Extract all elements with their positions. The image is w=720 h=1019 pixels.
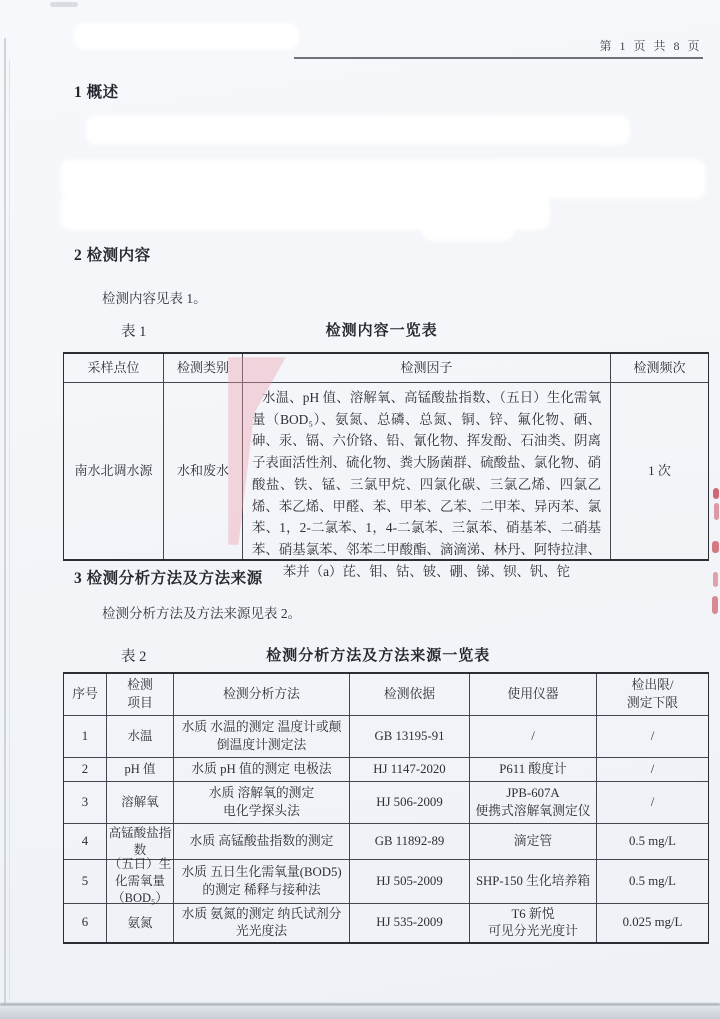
item-cell: （五日）生 化需氧量 （BOD₅）: [107, 860, 174, 904]
table1-caption-label: 表 1: [121, 320, 146, 341]
section-3-heading: 3 检测分析方法及方法来源: [74, 566, 263, 588]
sampling-point-cell: 南水北调水源: [64, 383, 164, 559]
limit-cell: /: [597, 782, 708, 824]
test-content-table: 采样点位 检测类别 检测因子 检测频次 南水北调水源 水和废水 水温、pH 值、…: [63, 352, 709, 561]
basis-cell: HJ 535-2009: [350, 904, 470, 942]
stamp-fragment: [712, 596, 718, 614]
column-header-basis: 检测依据: [350, 674, 470, 716]
factors-cell: 水温、pH 值、溶解氧、高锰酸盐指数、（五日）生化需氧量（BOD₅）、氨氮、总磷…: [243, 383, 611, 559]
methods-table: 序号 检测 项目 检测分析方法 检测依据 使用仪器 检出限/ 测定下限 1 水温…: [63, 672, 709, 944]
table1-caption: 表 1 检测内容一览表: [63, 318, 707, 340]
stamp-fragment: [714, 503, 719, 520]
row-no-cell: 6: [64, 904, 107, 942]
limit-cell: 0.5 mg/L: [597, 860, 708, 904]
item-cell: 高锰酸盐指 数: [107, 824, 174, 860]
limit-cell: /: [597, 758, 708, 782]
section-3-intro: 检测分析方法及方法来源见表 2。: [102, 602, 301, 622]
instrument-cell: P611 酸度计: [470, 758, 597, 782]
stamp-fragment: [713, 488, 719, 499]
scan-edge-line: [4, 38, 6, 1004]
limit-cell: 0.5 mg/L: [597, 824, 708, 860]
limit-cell: 0.025 mg/L: [597, 904, 708, 942]
instrument-cell: SHP-150 生化培养箱: [470, 860, 597, 904]
item-cell: 水温: [107, 716, 174, 758]
instrument-cell: 滴定管: [470, 824, 597, 860]
frequency-cell: 1 次: [611, 383, 708, 559]
header-rule: [294, 57, 703, 59]
method-cell: 水质 水温的测定 温度计或颠 倒温度计测定法: [174, 716, 350, 758]
item-cell: 氨氮: [107, 904, 174, 942]
page-indicator: 第 1 页 共 8 页: [599, 37, 702, 54]
row-no-cell: 5: [64, 860, 107, 904]
section-2-heading: 2 检测内容: [74, 243, 151, 265]
instrument-cell: T6 新悦 可见分光光度计: [470, 904, 597, 942]
item-cell: 溶解氧: [107, 782, 174, 824]
column-header-item: 检测 项目: [107, 674, 174, 716]
method-cell: 水质 五日生化需氧量(BOD5) 的测定 稀释与接种法: [174, 860, 350, 904]
basis-cell: HJ 506-2009: [350, 782, 470, 824]
item-cell: pH 值: [107, 758, 174, 782]
table2-caption-label: 表 2: [121, 645, 146, 666]
row-no-cell: 4: [64, 824, 107, 860]
redaction-bar-paragraph: [424, 224, 512, 239]
table2-caption: 表 2 检测分析方法及方法来源一览表: [63, 643, 707, 665]
table2-caption-title: 检测分析方法及方法来源一览表: [266, 644, 490, 665]
method-cell: 水质 氨氮的测定 纳氏试剂分 光光度法: [174, 904, 350, 942]
basis-cell: HJ 505-2009: [350, 860, 470, 904]
basis-cell: HJ 1147-2020: [350, 758, 470, 782]
redaction-bar-letterhead: [75, 25, 297, 48]
method-cell: 水质 pH 值的测定 电极法: [174, 758, 350, 782]
section-1-heading: 1 概述: [74, 80, 119, 102]
column-header-instrument: 使用仪器: [470, 674, 597, 716]
scan-bottom-shadow: [0, 1006, 720, 1019]
redaction-bar-paragraph: [62, 161, 704, 197]
row-no-cell: 2: [64, 758, 107, 782]
scan-edge-line: [9, 60, 10, 1000]
stamp-fragment: [712, 541, 719, 553]
row-no-cell: 1: [64, 716, 107, 758]
column-header-sampling-point: 采样点位: [64, 354, 164, 383]
column-header-no: 序号: [64, 674, 107, 716]
document-page: 第 1 页 共 8 页 1 概述 2 检测内容 检测内容见表 1。 表 1 检测…: [0, 0, 720, 1019]
column-header-method: 检测分析方法: [174, 674, 350, 716]
table1-caption-title: 检测内容一览表: [326, 319, 438, 340]
instrument-cell: /: [470, 716, 597, 758]
row-no-cell: 3: [64, 782, 107, 824]
instrument-cell: JPB-607A 便携式溶解氧测定仪: [470, 782, 597, 824]
stamp-fragment: [713, 572, 718, 587]
basis-cell: GB 13195-91: [350, 716, 470, 758]
column-header-factors: 检测因子: [243, 354, 611, 383]
basis-cell: GB 11892-89: [350, 824, 470, 860]
column-header-limit: 检出限/ 测定下限: [597, 674, 708, 716]
method-cell: 水质 溶解氧的测定 电化学探头法: [174, 782, 350, 824]
redaction-bar-paragraph: [88, 117, 628, 143]
scan-smudge: [50, 2, 78, 7]
section-2-intro: 检测内容见表 1。: [102, 287, 207, 307]
limit-cell: /: [597, 716, 708, 758]
method-cell: 水质 高锰酸盐指数的测定: [174, 824, 350, 860]
column-header-frequency: 检测频次: [611, 354, 708, 383]
